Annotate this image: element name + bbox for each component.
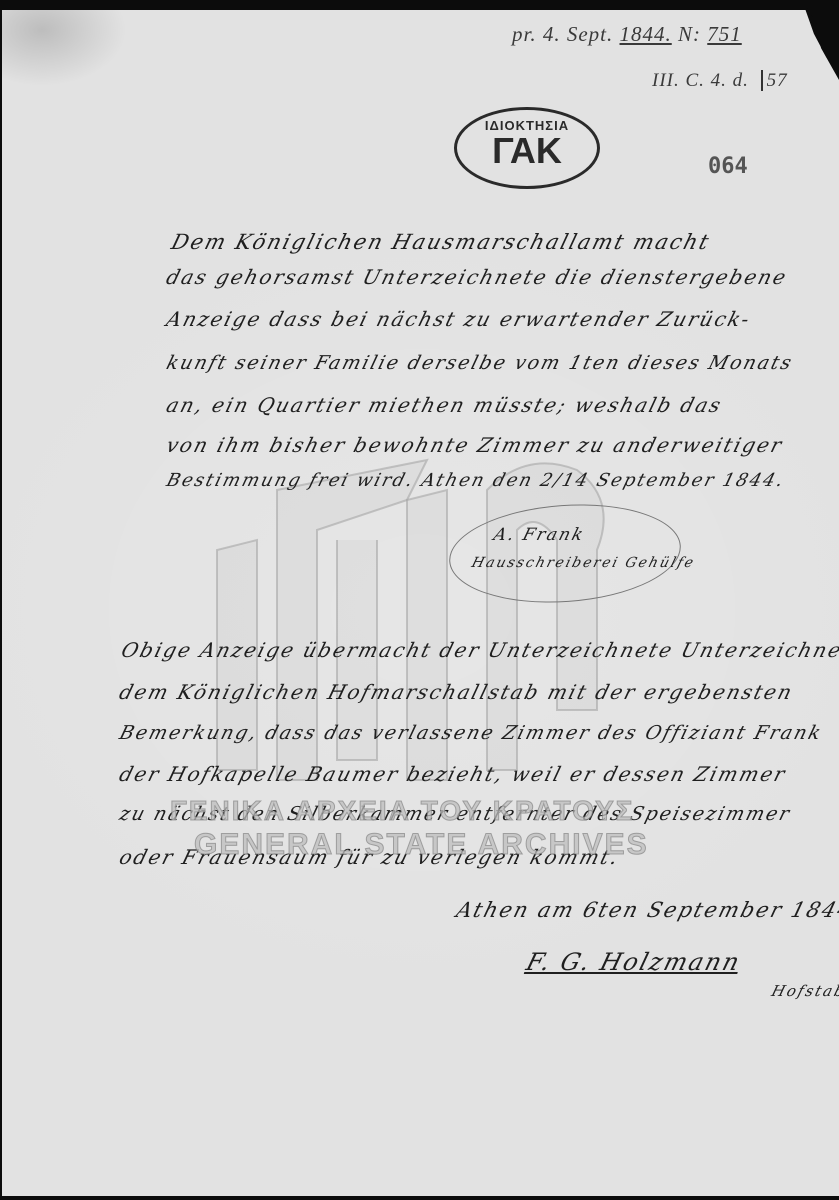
- letter-line: Bemerkung, dass das verlassene Zimmer de…: [117, 722, 825, 744]
- letter-line: dem Königlichen Hofmarschallstab mit der…: [117, 680, 797, 704]
- letter-line: Dem Königlichen Hausmarschallamt macht: [169, 230, 713, 254]
- letter-line: Obige Anzeige übermacht der Unterzeichne…: [119, 638, 839, 662]
- letter-line: kunft seiner Familie derselbe vom 1ten d…: [164, 352, 796, 374]
- signature-name: A. Frank: [491, 525, 587, 545]
- classification-number: 57: [761, 70, 788, 91]
- signature-title: Hausschreiberei Gehülfe: [470, 555, 697, 571]
- archive-reference-line1: pr. 4. Sept. 1844. N: 751: [512, 22, 742, 47]
- archive-reference-line2: III. C. 4. d. 57: [652, 70, 788, 92]
- received-year: 1844.: [620, 22, 672, 46]
- letter-line: der Hofkapelle Baumer bezieht, weil er d…: [117, 762, 790, 786]
- place-date: Athen am 6ten September 1844: [454, 898, 839, 922]
- document-number: 751: [707, 22, 742, 46]
- document-sheet: pr. 4. Sept. 1844. N: 751 III. C. 4. d. …: [2, 10, 839, 1196]
- signature-flourish: [446, 497, 684, 610]
- letter-line: von ihm bisher bewohnte Zimmer zu anderw…: [164, 433, 786, 457]
- ownership-stamp: ΙΔΙΟΚΤΗΣΙΑ ΓΑΚ: [454, 107, 600, 189]
- received-date: pr. 4. Sept.: [512, 22, 613, 46]
- watermark-greek: ΓΕΝΙΚΑ ΑΡΧΕΙΑ ΤΟΥ ΚΡΑΤΟΥΣ: [170, 795, 635, 827]
- number-label: N:: [678, 22, 701, 46]
- signature-title: Hofstab: [770, 982, 839, 1000]
- letter-line: das gehorsamst Unterzeichnete die dienst…: [164, 265, 791, 289]
- stamp-main-text: ΓΑΚ: [457, 133, 597, 169]
- letter-line: Anzeige dass bei nächst zu erwartender Z…: [164, 307, 754, 331]
- classification-code: III. C. 4. d.: [652, 70, 749, 91]
- folio-number: 064: [708, 154, 748, 179]
- letter-line: Bestimmung frei wird. Athen den 2/14 Sep…: [164, 470, 787, 491]
- letter-line: an, ein Quartier miethen müsste; weshalb…: [164, 393, 725, 417]
- watermark-english: GENERAL STATE ARCHIVES: [194, 828, 649, 862]
- signature-name: F. G. Holzmann: [523, 948, 744, 976]
